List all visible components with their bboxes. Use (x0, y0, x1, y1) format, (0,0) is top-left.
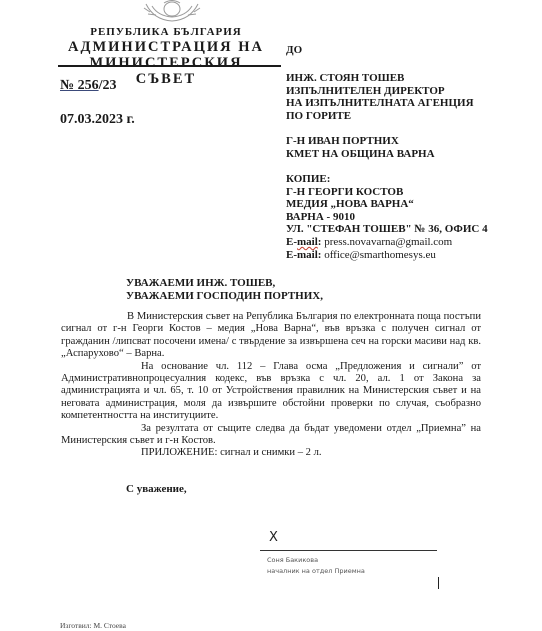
letter-body: В Министерския съвет на Република Българ… (61, 311, 481, 460)
recipient-1-line: ИНЖ. СТОЯН ТОШЕВ (286, 72, 474, 85)
recipient-1: ИНЖ. СТОЯН ТОШЕВ ИЗПЪЛНИТЕЛЕН ДИРЕКТОР Н… (286, 72, 474, 122)
copies-line: ВАРНА - 9010 (286, 211, 488, 224)
closing: С уважение, (126, 483, 187, 495)
email-line-2: E-mail: office@smarthomesys.eu (286, 249, 488, 262)
recipient-1-line: ПО ГОРИТЕ (286, 110, 474, 123)
coat-of-arms-icon (140, 0, 204, 22)
signature-line (260, 550, 437, 551)
signatory-name: Соня Бакикова (267, 555, 365, 566)
copies-label: КОПИЕ: (286, 173, 488, 186)
letterhead-country: РЕПУБЛИКА БЪЛГАРИЯ (60, 26, 272, 39)
spellcheck-underlined-word: mail (297, 236, 318, 248)
email-address[interactable]: office@smarthomesys.eu (324, 249, 436, 261)
attachment-note: ПРИЛОЖЕНИЕ: сигнал и снимки – 2 л. (61, 447, 481, 459)
signature-mark[interactable]: X (269, 530, 278, 545)
email-label: E- (286, 236, 297, 248)
registration-number-year: /23 (99, 78, 117, 93)
copies-line: МЕДИЯ „НОВА ВАРНА“ (286, 198, 488, 211)
body-paragraph: На основание чл. 112 – Глава осма „Предл… (61, 361, 481, 423)
email-label-colon: : (318, 236, 322, 248)
letterhead-divider (58, 65, 281, 67)
body-paragraph: За резултата от същите следва да бъдат у… (61, 423, 481, 448)
salutation-line: УВАЖАЕМИ ГОСПОДИН ПОРТНИХ, (126, 290, 323, 303)
copies-line: УЛ. "СТЕФАН ТОШЕВ" № 36, ОФИС 4 (286, 223, 488, 236)
registration-date: 07.03.2023 г. (60, 112, 135, 128)
signatory-title: началник на отдел Приемна (267, 566, 365, 577)
email-line-1: E-mail: press.novavarna@gmail.com (286, 236, 488, 249)
recipient-2-line: КМЕТ НА ОБЩИНА ВАРНА (286, 148, 435, 161)
body-paragraph: В Министерския съвет на Република Българ… (61, 311, 481, 361)
letterhead-divider-tail (271, 65, 280, 67)
registration-number: № 256/23 (60, 78, 116, 94)
recipient-1-line: НА ИЗПЪЛНИТЕЛНАТА АГЕНЦИЯ (286, 97, 474, 110)
registration-number-main: № 256 (60, 78, 99, 93)
prepared-by: Изготвил: М. Стоева (60, 621, 126, 630)
signatory: Соня Бакикова началник на отдел Приемна (267, 555, 365, 577)
recipient-2-line: Г-Н ИВАН ПОРТНИХ (286, 135, 435, 148)
text-cursor (438, 577, 439, 589)
letterhead-org-line1: АДМИНИСТРАЦИЯ НА (60, 39, 272, 55)
salutation-line: УВАЖАЕМИ ИНЖ. ТОШЕВ, (126, 277, 323, 290)
email-label: E-mail: (286, 249, 321, 261)
copies-line: Г-Н ГЕОРГИ КОСТОВ (286, 186, 488, 199)
recipient-2: Г-Н ИВАН ПОРТНИХ КМЕТ НА ОБЩИНА ВАРНА (286, 135, 435, 160)
copies-block: КОПИЕ: Г-Н ГЕОРГИ КОСТОВ МЕДИЯ „НОВА ВАР… (286, 173, 488, 261)
email-address[interactable]: press.novavarna@gmail.com (324, 236, 452, 248)
recipient-1-line: ИЗПЪЛНИТЕЛЕН ДИРЕКТОР (286, 85, 474, 98)
salutation: УВАЖАЕМИ ИНЖ. ТОШЕВ, УВАЖАЕМИ ГОСПОДИН П… (126, 277, 323, 303)
to-label: ДО (286, 44, 302, 56)
